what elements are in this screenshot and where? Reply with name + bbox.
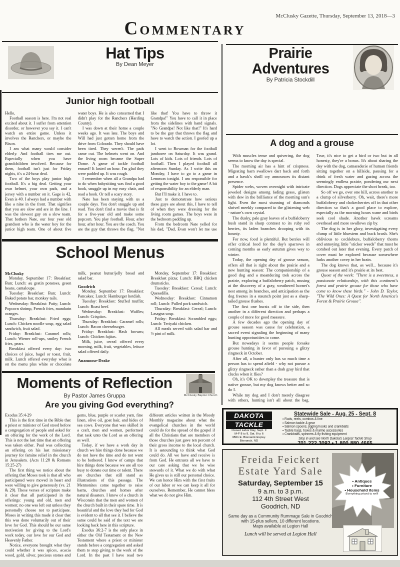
- dakota-tackle-ad: DAKOTA TACKLE Closed Labor Day, Sept. 3 …: [222, 408, 398, 445]
- masthead-rule-left: [2, 41, 218, 42]
- hat-tips-rule: [2, 92, 218, 93]
- freida-footer: Lunch will be served at Legion Hall: [228, 532, 333, 538]
- menu-line: Tuesday: Breakfast: Cereal; Lunch: Quesa…: [151, 286, 217, 296]
- freida-title-line1: Freida Feickert: [228, 454, 333, 466]
- paragraph: The first thing we notice about the offe…: [5, 468, 71, 543]
- prairie-body: With muscles tense and quivering, the do…: [228, 153, 398, 404]
- prairie-rule: [226, 134, 398, 135]
- house-icon: [344, 526, 382, 552]
- menu-line: Friday: Breakfast: Scrambled eggs; Lunch…: [151, 316, 217, 326]
- paragraph: I was down at their home a couple weeks …: [78, 126, 144, 176]
- reflection-byline: By Pastor James Gruppa: [7, 393, 182, 399]
- school-name: Anamoose-Drake: [78, 358, 144, 363]
- dakota-bullet: • Crankbaits, spinners & fly fishing equ…: [283, 433, 395, 437]
- menu-line: Thursday: Breakfast: Cereal; Lunch: Lasa…: [151, 306, 217, 316]
- prairie-title-line2: Adventures: [231, 62, 350, 78]
- menu-line: Monday, September 17: Breakfast: Breakfa…: [151, 271, 217, 286]
- menu-line: Friday: Breakfast: Caramel rolls; Lunch:…: [5, 332, 71, 347]
- paragraph: But nowadays it seems people forsake gro…: [228, 340, 310, 356]
- church-icon: [186, 374, 215, 394]
- cowboy-hat-icon: [8, 46, 54, 79]
- menu-line: All meals served with salad bar and ½ pi…: [151, 327, 217, 337]
- prairie-byline: By Patricia Stockdill: [231, 77, 350, 83]
- column-divider: [222, 44, 223, 405]
- dakota-phones: 701-222-3092 • 1-800-880-4665: [276, 440, 395, 446]
- paragraph: For now, food is plentiful. But berries …: [228, 236, 310, 257]
- menu-line: Wednesday: Breakfast: Waffles; Lunch: Cr…: [78, 309, 144, 319]
- menu-line: Tuesday: Breakfast: Stuffed muffin; Lunc…: [78, 299, 144, 309]
- freida-estate-sale-ad: Freida Feickert Estate Yard Sale Saturda…: [222, 449, 398, 556]
- paragraph: The dog is in her glory, investigating e…: [317, 226, 399, 262]
- hat-tips-body: Hello, Football season is here. I'm not …: [5, 111, 217, 237]
- quote-of-the-week: Quote of the week: "There is a sweetness…: [317, 273, 399, 304]
- hat-tips-headline: Junior high football: [2, 96, 218, 107]
- paragraph: I am what many would consider elderly. A…: [5, 146, 71, 176]
- columnist-photo: [353, 45, 394, 90]
- paragraph: Spider webs, woven overnight with intric…: [228, 184, 310, 215]
- menu-line: Wednesday: Breakfast: Patty; Lunch: Popc…: [5, 301, 71, 316]
- dakota-logo-line1: DAKOTA: [226, 412, 272, 421]
- menu-line: Friday: Breakfast: Hash browns; Lunch: C…: [78, 330, 144, 340]
- paragraph: I went to Bowman for the football jambor…: [151, 146, 217, 191]
- freida-note-3: Maps available at Legion Hall: [228, 524, 333, 529]
- menu-line: Thursday: Breakfast: Caramel rolls; Lunc…: [78, 319, 144, 329]
- newspaper-page: McClusky Gazette, Thursday, September 13…: [0, 0, 400, 567]
- prairie-headline: A dog and a grouse: [226, 138, 398, 149]
- reflection-body: Exodus 35:4-29 This is the first time in…: [5, 413, 215, 559]
- paragraph: The dusky, pale gray leaves of a buffalo…: [228, 215, 310, 236]
- reflection-top-rule: [2, 371, 215, 373]
- paragraph: I remember when all a Grandpa had to do …: [78, 177, 144, 197]
- school-menus-body: McClusky Monday, September 17: Breakfast…: [5, 271, 217, 369]
- freida-city: Goodrich, ND: [228, 503, 333, 511]
- scan-edge-left: [0, 90, 2, 435]
- menus-top-rule: [2, 239, 218, 242]
- menu-line: Monday, September 17: Breakfast: Bun; Lu…: [5, 276, 71, 291]
- menu-line: Thursday: Breakfast: Fried eggs; Lunch: …: [5, 316, 71, 331]
- scan-edge-bottom: [0, 560, 400, 567]
- dakota-sale-header: Statewide Sale - Aug. 25 - Sept. 8: [276, 411, 395, 417]
- paragraph: Football season is here. I'm not real ex…: [5, 116, 71, 146]
- paragraph: Today, the opening day of grouse season,…: [228, 257, 310, 304]
- portrait-icon: [353, 45, 394, 90]
- dakota-logo-line2: TACKLE: [226, 421, 272, 430]
- hat-tips-title: Hat Tips: [60, 45, 210, 62]
- paragraph: The dog knows that, as well... because i…: [317, 262, 399, 272]
- house-drawing: [343, 525, 382, 552]
- reflection-headline: Are you giving God everything?: [2, 400, 217, 410]
- paragraph: This is the first time in the Bible that…: [5, 418, 71, 468]
- church-photo: [186, 374, 215, 394]
- menu-line: Wednesday: Breakfast: Cinnamon roll; Lun…: [151, 296, 217, 306]
- paragraph: Oh, it's OK to downplay the treasure tha…: [228, 377, 310, 393]
- reflection-title: Moments of Reflection: [7, 375, 182, 392]
- section-title: Commentary: [110, 18, 260, 40]
- freida-time: 9 a.m. to 3 p.m.: [228, 488, 333, 496]
- paragraph: Today, if we have a work day in church w…: [77, 443, 143, 528]
- hat-photo: [8, 46, 54, 79]
- sale-photo: • Antiques • Furniture • Household items…: [332, 453, 394, 528]
- paragraph: After all, a hunter only has so much tim…: [228, 356, 310, 377]
- church-caption: McClusky Baptist Church: [182, 394, 219, 397]
- paragraph: A few decades ago the opening day of gro…: [228, 320, 310, 341]
- paragraph: The first one bursts off to the side, th…: [228, 304, 310, 320]
- school-menus-title: School Menus: [2, 243, 218, 262]
- freida-title-line2: Estate Yard Sale: [228, 466, 333, 478]
- menu-line: Monday, September 17: Breakfast: Pancake…: [78, 289, 144, 299]
- burst-item: Everything priced to sell!: [341, 493, 383, 496]
- paragraph: With muscles tense and quivering, the do…: [228, 153, 310, 163]
- hat-tips-byline: By Dean Meyer: [60, 62, 210, 68]
- freida-date: Saturday, September 15: [228, 479, 333, 488]
- dakota-info-4: Bismarck, ND: [226, 440, 272, 444]
- prairie-title-line1: Prairie: [231, 46, 350, 62]
- paragraph: So off we go, over one hill, across anot…: [317, 189, 399, 225]
- paragraph: Just to demonstrate how serious these gu…: [151, 197, 217, 222]
- menu-line: Milk, juice, cereal offered every mornin…: [78, 340, 144, 355]
- menu-line: Tuesday: Breakfast: Bun; Lunch: Baked po…: [5, 291, 71, 301]
- paragraph: The morning air has a hint of crispness.…: [228, 163, 310, 184]
- freida-address: 112 4th Street West: [228, 495, 333, 503]
